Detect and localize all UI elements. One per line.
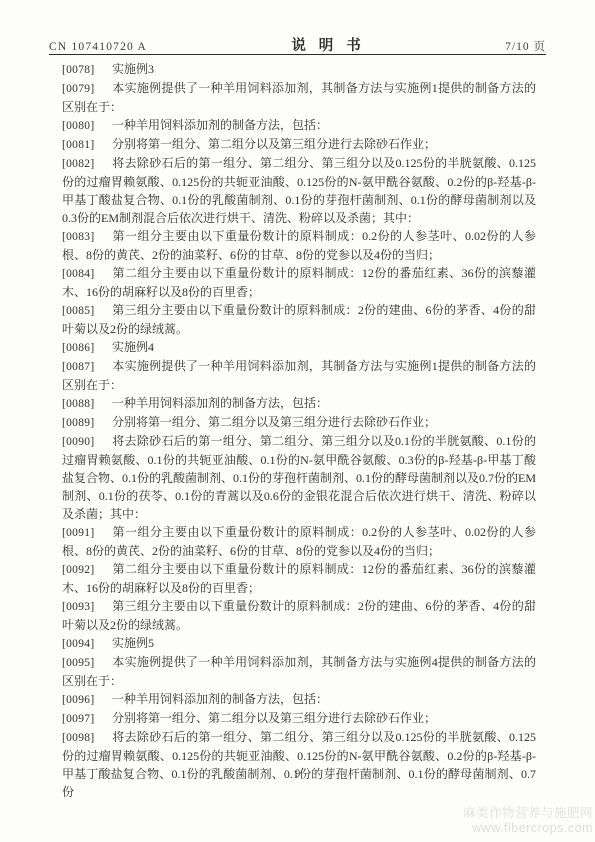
paragraph: [0083]第一组分主要由以下重量份数计的原料制成：0.2份的人参茎叶、0.02… — [62, 227, 536, 264]
paragraph-text: 第二组分主要由以下重量份数计的原料制成：12份的番茄红素、36份的滨藜灌木、16… — [62, 562, 536, 595]
paragraph-text: 将去除砂石后的第一组分、第二组分、第三组分以及0.1份的半胱氨酸、0.1份的过瘤… — [62, 434, 536, 521]
paragraph-text: 分别将第一组分、第二组分以及第三组分进行去除砂石作业； — [112, 711, 436, 725]
paragraph-tag: [0078] — [62, 61, 112, 79]
paragraph: [0098]将去除砂石后的第一组分、第二组分、第三组分以及0.125份的半胱氨酸… — [62, 728, 536, 801]
paragraph-tag: [0081] — [62, 136, 112, 154]
paragraph-tag: [0097] — [62, 710, 112, 728]
paragraph-text: 分别将第一组分、第二组分以及第三组分进行去除砂石作业； — [112, 137, 436, 151]
paragraph-tag: [0082] — [62, 155, 112, 173]
paragraph-text: 实施例4 — [112, 340, 154, 354]
paragraph: [0091]第一组分主要由以下重量份数计的原料制成：0.2份的人参茎叶、0.02… — [62, 523, 536, 560]
paragraph-tag: [0093] — [62, 598, 112, 616]
paragraph-tag: [0080] — [62, 117, 112, 135]
header-divider — [49, 54, 546, 55]
paragraph: [0081]分别将第一组分、第二组分以及第三组分进行去除砂石作业； — [62, 135, 536, 154]
paragraph-tag: [0091] — [62, 524, 112, 542]
paragraph-text: 第二组分主要由以下重量份数计的原料制成：12份的番茄红素、36份的滨藜灌木、16… — [62, 266, 536, 299]
paragraph-tag: [0079] — [62, 80, 112, 98]
paragraph-tag: [0089] — [62, 414, 112, 432]
paragraph-tag: [0087] — [62, 358, 112, 376]
paragraph-tag: [0096] — [62, 691, 112, 709]
paragraph-tag: [0090] — [62, 433, 112, 451]
paragraph-tag: [0085] — [62, 302, 112, 320]
paragraph: [0089]分别将第一组分、第二组分以及第三组分进行去除砂石作业； — [62, 413, 536, 432]
paragraphs: [0078]实施例3[0079]本实施例提供了一种羊用饲料添加剂，其制备方法与实… — [62, 60, 536, 801]
paragraph-text: 实施例3 — [112, 62, 154, 76]
page-title: 说明书 — [291, 34, 374, 55]
watermark: 麻类作物营养与施肥网 www.fibercrops.com — [463, 806, 593, 836]
paragraph-tag: [0094] — [62, 635, 112, 653]
paragraph: [0088]一种羊用饲料添加剂的制备方法，包括： — [62, 394, 536, 413]
paragraph-text: 将去除砂石后的第一组分、第二组分、第三组分以及0.125份的半胱氨酸、0.125… — [62, 156, 536, 225]
watermark-text: 麻类作物营养与施肥网 — [463, 806, 593, 821]
paragraph: [0085]第三组分主要由以下重量份数计的原料制成：2份的建曲、6份的茅香、4份… — [62, 301, 536, 338]
paragraph-text: 一种羊用饲料添加剂的制备方法，包括： — [112, 118, 328, 132]
paragraph-tag: [0083] — [62, 228, 112, 246]
paragraph-tag: [0092] — [62, 561, 112, 579]
paragraph-text: 一种羊用饲料添加剂的制备方法，包括： — [112, 396, 328, 410]
paragraph-tag: [0088] — [62, 395, 112, 413]
paragraph: [0096]一种羊用饲料添加剂的制备方法，包括： — [62, 690, 536, 709]
page-header: CN 107410720 A 说明书 7/10 页 — [49, 34, 546, 54]
paragraph: [0090]将去除砂石后的第一组分、第二组分、第三组分以及0.1份的半胱氨酸、0… — [62, 432, 536, 523]
patent-specification-page: CN 107410720 A 说明书 7/10 页 [0078]实施例3[007… — [0, 0, 595, 842]
paragraph: [0080]一种羊用饲料添加剂的制备方法，包括： — [62, 116, 536, 135]
paragraph-text: 将去除砂石后的第一组分、第二组分、第三组分以及0.125份的半胱氨酸、0.125… — [62, 730, 536, 799]
page-indicator: 7/10 页 — [505, 38, 546, 54]
paragraph: [0095]本实施例提供了一种羊用饲料添加剂，其制备方法与实施例4提供的制备方法… — [62, 653, 536, 690]
page-footer: 9 — [0, 768, 595, 780]
paragraph: [0087]本实施例提供了一种羊用饲料添加剂，其制备方法与实施例1提供的制备方法… — [62, 357, 536, 394]
paragraph-text: 分别将第一组分、第二组分以及第三组分进行去除砂石作业； — [112, 415, 436, 429]
paragraph-text: 第一组分主要由以下重量份数计的原料制成：0.2份的人参茎叶、0.02份的人参根、… — [62, 229, 536, 262]
paragraph: [0078]实施例3 — [62, 60, 536, 79]
paragraph: [0086]实施例4 — [62, 338, 536, 357]
paragraph-tag: [0098] — [62, 729, 112, 747]
paragraph-text: 实施例5 — [112, 636, 154, 650]
paragraph-text: 第三组分主要由以下重量份数计的原料制成：2份的建曲、6份的茅香、4份的甜叶菊以及… — [62, 599, 536, 632]
paragraph-text: 本实施例提供了一种羊用饲料添加剂，其制备方法与实施例4提供的制备方法的区别在于： — [62, 655, 536, 688]
paragraph-text: 第一组分主要由以下重量份数计的原料制成：0.2份的人参茎叶、0.02份的人参根、… — [62, 525, 536, 558]
paragraph: [0084]第二组分主要由以下重量份数计的原料制成：12份的番茄红素、36份的滨… — [62, 264, 536, 301]
document-number: CN 107410720 A — [49, 41, 147, 53]
paragraph-tag: [0095] — [62, 654, 112, 672]
page-number: 9 — [295, 768, 301, 780]
paragraph: [0097]分别将第一组分、第二组分以及第三组分进行去除砂石作业； — [62, 709, 536, 728]
paragraph-text: 一种羊用饲料添加剂的制备方法，包括： — [112, 692, 328, 706]
paragraph-tag: [0084] — [62, 265, 112, 283]
paragraph-text: 本实施例提供了一种羊用饲料添加剂，其制备方法与实施例1提供的制备方法的区别在于： — [62, 81, 536, 114]
paragraph: [0094]实施例5 — [62, 634, 536, 653]
paragraph: [0093]第三组分主要由以下重量份数计的原料制成：2份的建曲、6份的茅香、4份… — [62, 597, 536, 634]
paragraph: [0092]第二组分主要由以下重量份数计的原料制成：12份的番茄红素、36份的滨… — [62, 560, 536, 597]
paragraph-text: 本实施例提供了一种羊用饲料添加剂，其制备方法与实施例1提供的制备方法的区别在于： — [62, 359, 536, 392]
paragraph: [0082]将去除砂石后的第一组分、第二组分、第三组分以及0.125份的半胱氨酸… — [62, 154, 536, 227]
watermark-url: www.fibercrops.com — [463, 821, 593, 836]
paragraph: [0079]本实施例提供了一种羊用饲料添加剂，其制备方法与实施例1提供的制备方法… — [62, 79, 536, 116]
paragraph-tag: [0086] — [62, 339, 112, 357]
paragraph-text: 第三组分主要由以下重量份数计的原料制成：2份的建曲、6份的茅香、4份的甜叶菊以及… — [62, 303, 536, 336]
